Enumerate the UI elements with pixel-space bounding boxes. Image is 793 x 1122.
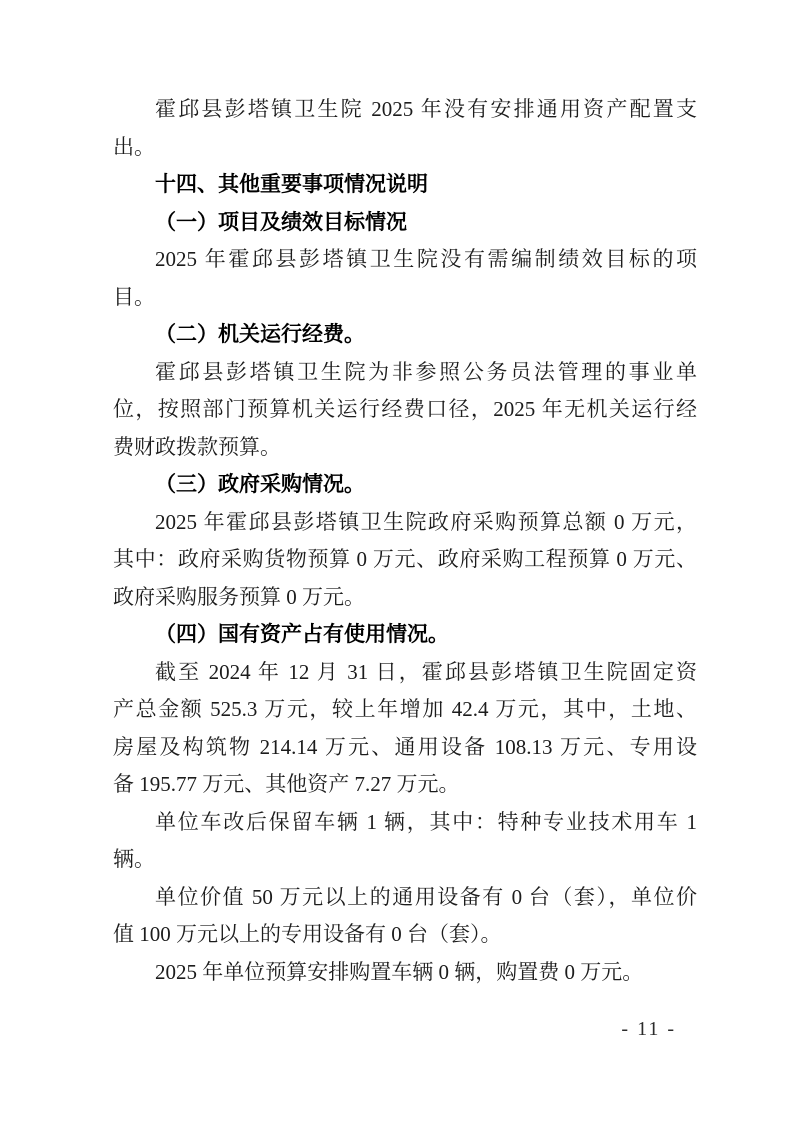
text-line: 辆。 bbox=[113, 841, 697, 879]
text-line: 其中：政府采购货物预算 0 万元、政府采购工程预算 0 万元、 bbox=[113, 541, 697, 579]
text-line: 单位车改后保留车辆 1 辆，其中：特种专业技术用车 1 bbox=[113, 804, 697, 842]
heading-line: （三）政府采购情况。 bbox=[113, 466, 697, 504]
text-line: 房屋及构筑物 214.14 万元、通用设备 108.13 万元、专用设 bbox=[113, 729, 697, 767]
page-number: - 11 - bbox=[621, 1017, 676, 1041]
text-line: 出。 bbox=[113, 129, 697, 167]
text-line: 单位价值 50 万元以上的通用设备有 0 台（套），单位价 bbox=[113, 879, 697, 917]
text-line: 霍邱县彭塔镇卫生院为非参照公务员法管理的事业单 bbox=[113, 354, 697, 392]
text-line: 2025 年单位预算安排购置车辆 0 辆，购置费 0 万元。 bbox=[113, 954, 697, 992]
text-line: 位，按照部门预算机关运行经费口径，2025 年无机关运行经 bbox=[113, 391, 697, 429]
text-line: 2025 年霍邱县彭塔镇卫生院政府采购预算总额 0 万元， bbox=[113, 504, 697, 542]
text-line: 目。 bbox=[113, 279, 697, 317]
heading-line: 十四、其他重要事项情况说明 bbox=[113, 166, 697, 204]
text-line: 截至 2024 年 12 月 31 日，霍邱县彭塔镇卫生院固定资 bbox=[113, 654, 697, 692]
text-line: 产总金额 525.3 万元，较上年增加 42.4 万元，其中，土地、 bbox=[113, 691, 697, 729]
text-line: 2025 年霍邱县彭塔镇卫生院没有需编制绩效目标的项 bbox=[113, 241, 697, 279]
heading-line: （二）机关运行经费。 bbox=[113, 316, 697, 354]
document-body: 霍邱县彭塔镇卫生院 2025 年没有安排通用资产配置支出。十四、其他重要事项情况… bbox=[113, 91, 697, 991]
text-line: 费财政拨款预算。 bbox=[113, 429, 697, 467]
text-line: 备 195.77 万元、其他资产 7.27 万元。 bbox=[113, 766, 697, 804]
text-line: 政府采购服务预算 0 万元。 bbox=[113, 579, 697, 617]
text-line: 霍邱县彭塔镇卫生院 2025 年没有安排通用资产配置支 bbox=[113, 91, 697, 129]
text-line: 值 100 万元以上的专用设备有 0 台（套）。 bbox=[113, 916, 697, 954]
document-page: 霍邱县彭塔镇卫生院 2025 年没有安排通用资产配置支出。十四、其他重要事项情况… bbox=[0, 0, 793, 1122]
heading-line: （四）国有资产占有使用情况。 bbox=[113, 616, 697, 654]
heading-line: （一）项目及绩效目标情况 bbox=[113, 204, 697, 242]
